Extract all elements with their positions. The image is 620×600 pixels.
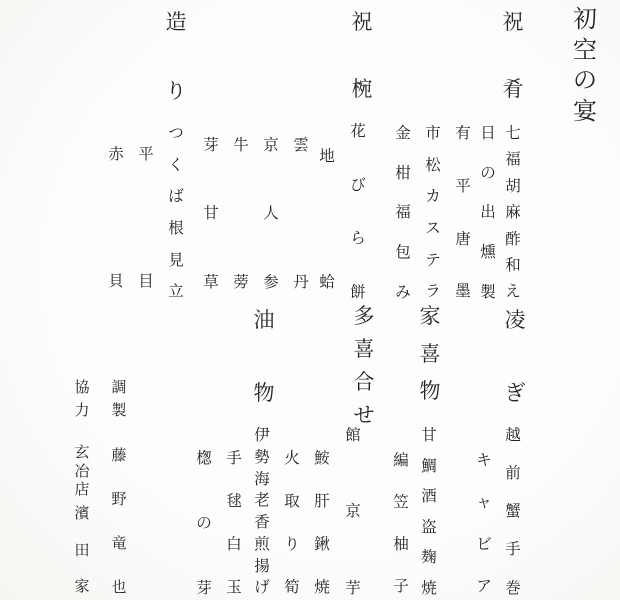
- menu-item: 芽甘草: [202, 138, 220, 290]
- section-header-shukuzakana: 祝肴: [500, 12, 526, 100]
- menu-item: 伊勢海老香煎揚げ: [253, 428, 271, 596]
- menu-item: 甘鯛酒盗麹焼: [420, 428, 438, 596]
- credit-support-place: 玄冶店: [73, 446, 91, 498]
- menu-page: 初空の宴 祝肴 七福胡麻酢和え 日の出燻製 有平唐墨 市松カステラ 金柑福包み …: [0, 0, 620, 600]
- menu-item: 平目: [137, 147, 155, 289]
- menu-item: 京人参: [262, 138, 280, 290]
- credit-maker-label: 調製: [110, 381, 128, 419]
- menu-item: 有平唐墨: [454, 126, 472, 300]
- credit-support-label: 協力: [73, 381, 91, 419]
- menu-item: つくば根見立: [167, 126, 185, 300]
- page-title: 初空の宴: [571, 8, 599, 124]
- menu-item: 火取り筍: [283, 451, 301, 596]
- section-header-abura-mono: 油物: [251, 310, 277, 404]
- section-header-takiawase: 多喜合せ: [351, 306, 377, 426]
- credit-maker-name: 藤野竜也: [110, 449, 128, 596]
- menu-item: 日の出燻製: [479, 126, 497, 300]
- menu-item: 花びら餅: [349, 124, 367, 300]
- menu-item: 編笠柚子: [392, 453, 410, 595]
- section-header-tsukuri: 造り: [163, 12, 189, 102]
- menu-item: 市松カステラ: [424, 126, 442, 300]
- menu-item: 牛蒡: [232, 138, 250, 290]
- menu-item: 館京芋: [344, 428, 362, 596]
- menu-item: 越前蟹手巻: [504, 428, 522, 596]
- menu-item: 七福胡麻酢和え: [504, 126, 522, 300]
- menu-item: 赤貝: [107, 147, 125, 289]
- menu-item: 雲丹: [292, 138, 310, 290]
- section-header-shukuwan: 祝椀: [349, 12, 375, 100]
- menu-item: 鮟肝鍬焼: [313, 451, 331, 596]
- menu-item: 楤の芽: [195, 451, 213, 596]
- section-header-shinogi: 凌ぎ: [502, 310, 528, 404]
- menu-item: キャビア: [475, 453, 493, 595]
- menu-item: 金柑福包み: [394, 126, 412, 300]
- menu-item: 地蛤: [318, 149, 336, 290]
- menu-item: 手毬白玉: [225, 451, 243, 596]
- section-header-yakimono: 家喜物: [417, 306, 443, 402]
- credit-support-name: 濱田家: [73, 507, 91, 595]
